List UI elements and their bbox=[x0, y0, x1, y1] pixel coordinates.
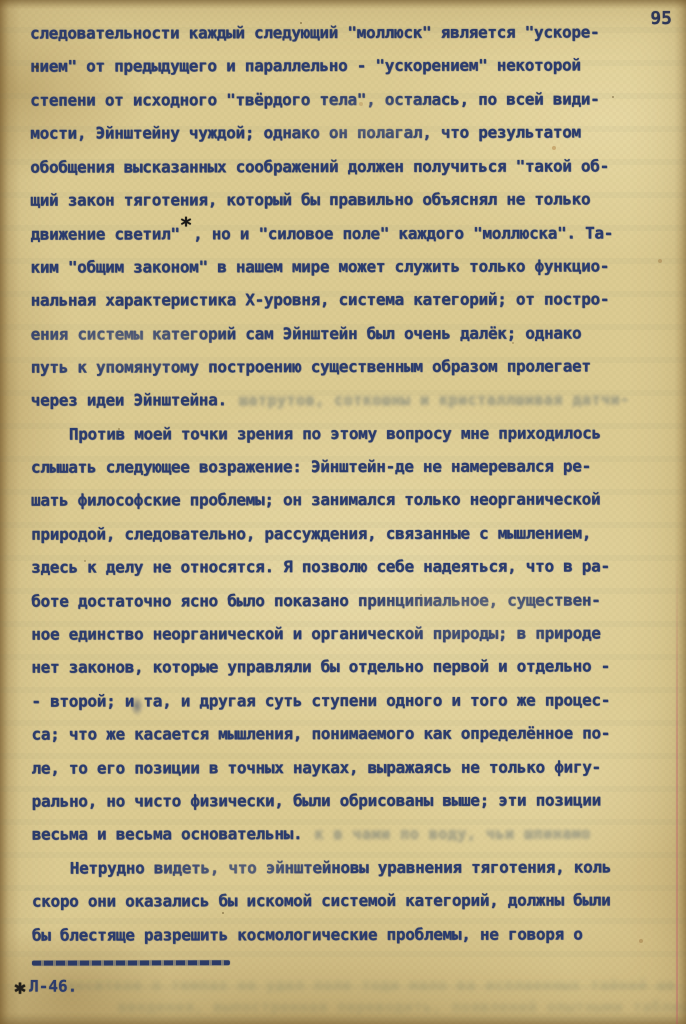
footnote-asterisk-icon: * bbox=[180, 210, 192, 243]
text-line: шать философские проблемы; он занимался … bbox=[31, 483, 655, 518]
text-line: нием" от предыдущего и параллельно - "ус… bbox=[30, 49, 654, 84]
text-line: движение светил"*, но и "силовое поле" к… bbox=[30, 216, 654, 251]
text-line: нет законов, которые управляли бы отдель… bbox=[31, 650, 655, 685]
text-segment: весьма и весьма основательны. bbox=[32, 824, 303, 844]
text-line: - второй; и та, и другая суть ступени од… bbox=[31, 683, 655, 718]
footnote-star-icon: ✱ bbox=[14, 977, 26, 997]
bleed-through-text: к в чами по воду, чьи шпинамо bbox=[314, 825, 590, 844]
text-line: боте достаточно ясно было показано принц… bbox=[31, 583, 655, 618]
text-line: са; что же касается мышления, понимаемог… bbox=[31, 717, 655, 752]
text-line: ле, то его позиции в точных науках, выра… bbox=[32, 750, 656, 785]
text-line: следовательности каждый следующий "моллю… bbox=[30, 15, 654, 50]
text-line: скоро они оказались бы искомой системой … bbox=[32, 884, 656, 919]
text-segment: через идеи Эйнштейна. bbox=[31, 391, 227, 410]
footnote-separator bbox=[32, 960, 230, 965]
text-line: бы блестяще разрешить космологические пр… bbox=[32, 917, 656, 952]
text-line: нальная характеристика Х-уровня, система… bbox=[31, 282, 655, 317]
text-line: слышать следующее возражение: Эйнштейн-д… bbox=[31, 449, 655, 484]
bleed-through-text: посвткое о темпах не удел поле тоди мало… bbox=[66, 976, 676, 994]
text-line: Против моей точки зрения по этому вопрос… bbox=[31, 416, 655, 451]
bleed-through-text: шатрутов, соткошны и кристаллшивая датчи… bbox=[239, 391, 630, 410]
text-line: степени от исходного "твёрдого тела", ос… bbox=[30, 82, 654, 117]
text-line: природой, следовательно, рассуждения, св… bbox=[31, 516, 655, 551]
text-line: через идеи Эйнштейна.шатрутов, соткошны … bbox=[31, 383, 655, 418]
typewritten-text-block: следовательности каждый следующий "моллю… bbox=[30, 15, 656, 996]
text-line: щий закон тяготения, который бы правильн… bbox=[30, 182, 654, 217]
text-line: рально, но чисто физически, были обрисов… bbox=[32, 783, 656, 818]
text-line: ения системы категорий сам Эйнштейн был … bbox=[31, 316, 655, 351]
text-line: ким "общим законом" в нашем мире может с… bbox=[30, 249, 654, 284]
red-margin-line bbox=[676, 560, 678, 1024]
text-line: ное единство неорганической и органическ… bbox=[31, 616, 655, 651]
scanned-page: 95 следовательности каждый следующий "мо… bbox=[0, 0, 686, 1024]
text-line: мости, Эйнштейну чуждой; однако он полаг… bbox=[30, 116, 654, 151]
text-line: путь к упомянутому построению существенн… bbox=[31, 349, 655, 384]
bleed-through-text: введения, выпостренная переводить, появл… bbox=[118, 998, 686, 1016]
text-segment: , но и "силовое поле" каждого "моллюска"… bbox=[193, 224, 613, 244]
paper-specks bbox=[0, 0, 2, 2]
text-line: обобщения высказанных соображений должен… bbox=[30, 149, 654, 184]
text-line: Нетрудно видеть, что эйнштейновы уравнен… bbox=[32, 850, 656, 885]
text-line: здесь к делу не относятся. Я позволю себ… bbox=[31, 550, 655, 585]
text-line: весьма и весьма основательны.к в чами по… bbox=[32, 817, 656, 852]
text-segment: движение светил" bbox=[30, 225, 179, 244]
